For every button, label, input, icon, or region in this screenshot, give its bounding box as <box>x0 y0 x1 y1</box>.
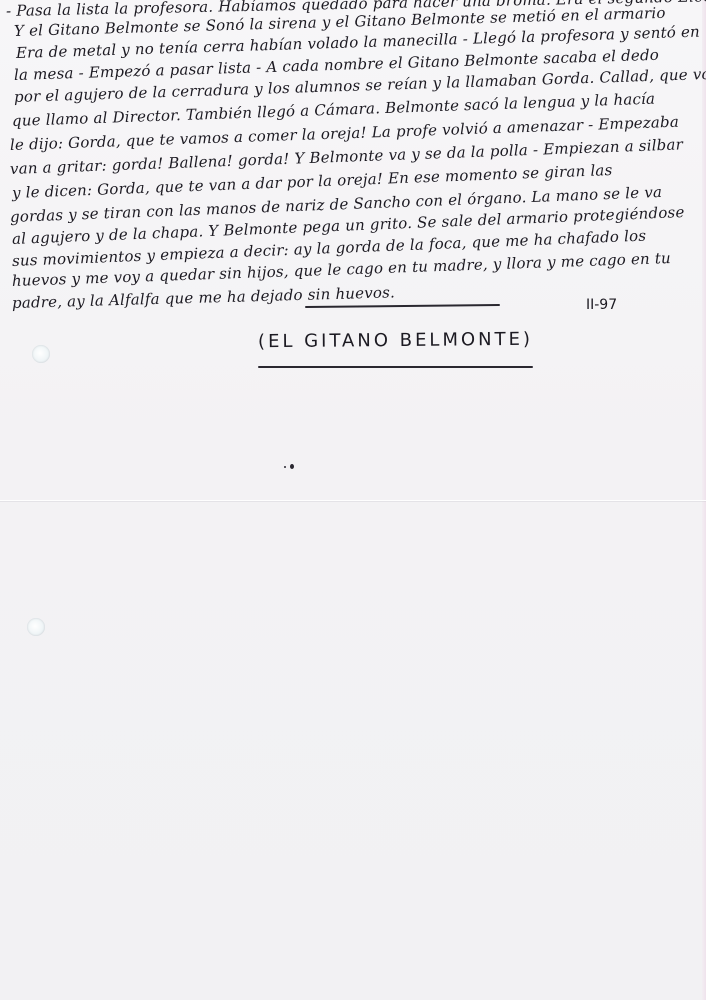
punch-hole-top <box>32 345 50 363</box>
date-mark: II-97 <box>586 297 617 313</box>
punch-hole-bottom <box>27 618 45 636</box>
story-title: (EL GITANO BELMONTE) <box>258 329 533 352</box>
ink-speck <box>284 466 286 468</box>
paper-fold-crease <box>0 500 706 501</box>
title-underline <box>258 366 533 368</box>
ink-speck <box>290 464 294 469</box>
paper-sheet: - Pasa la lista la profesora. Habíamos q… <box>0 0 706 1000</box>
separator-line <box>305 304 500 308</box>
